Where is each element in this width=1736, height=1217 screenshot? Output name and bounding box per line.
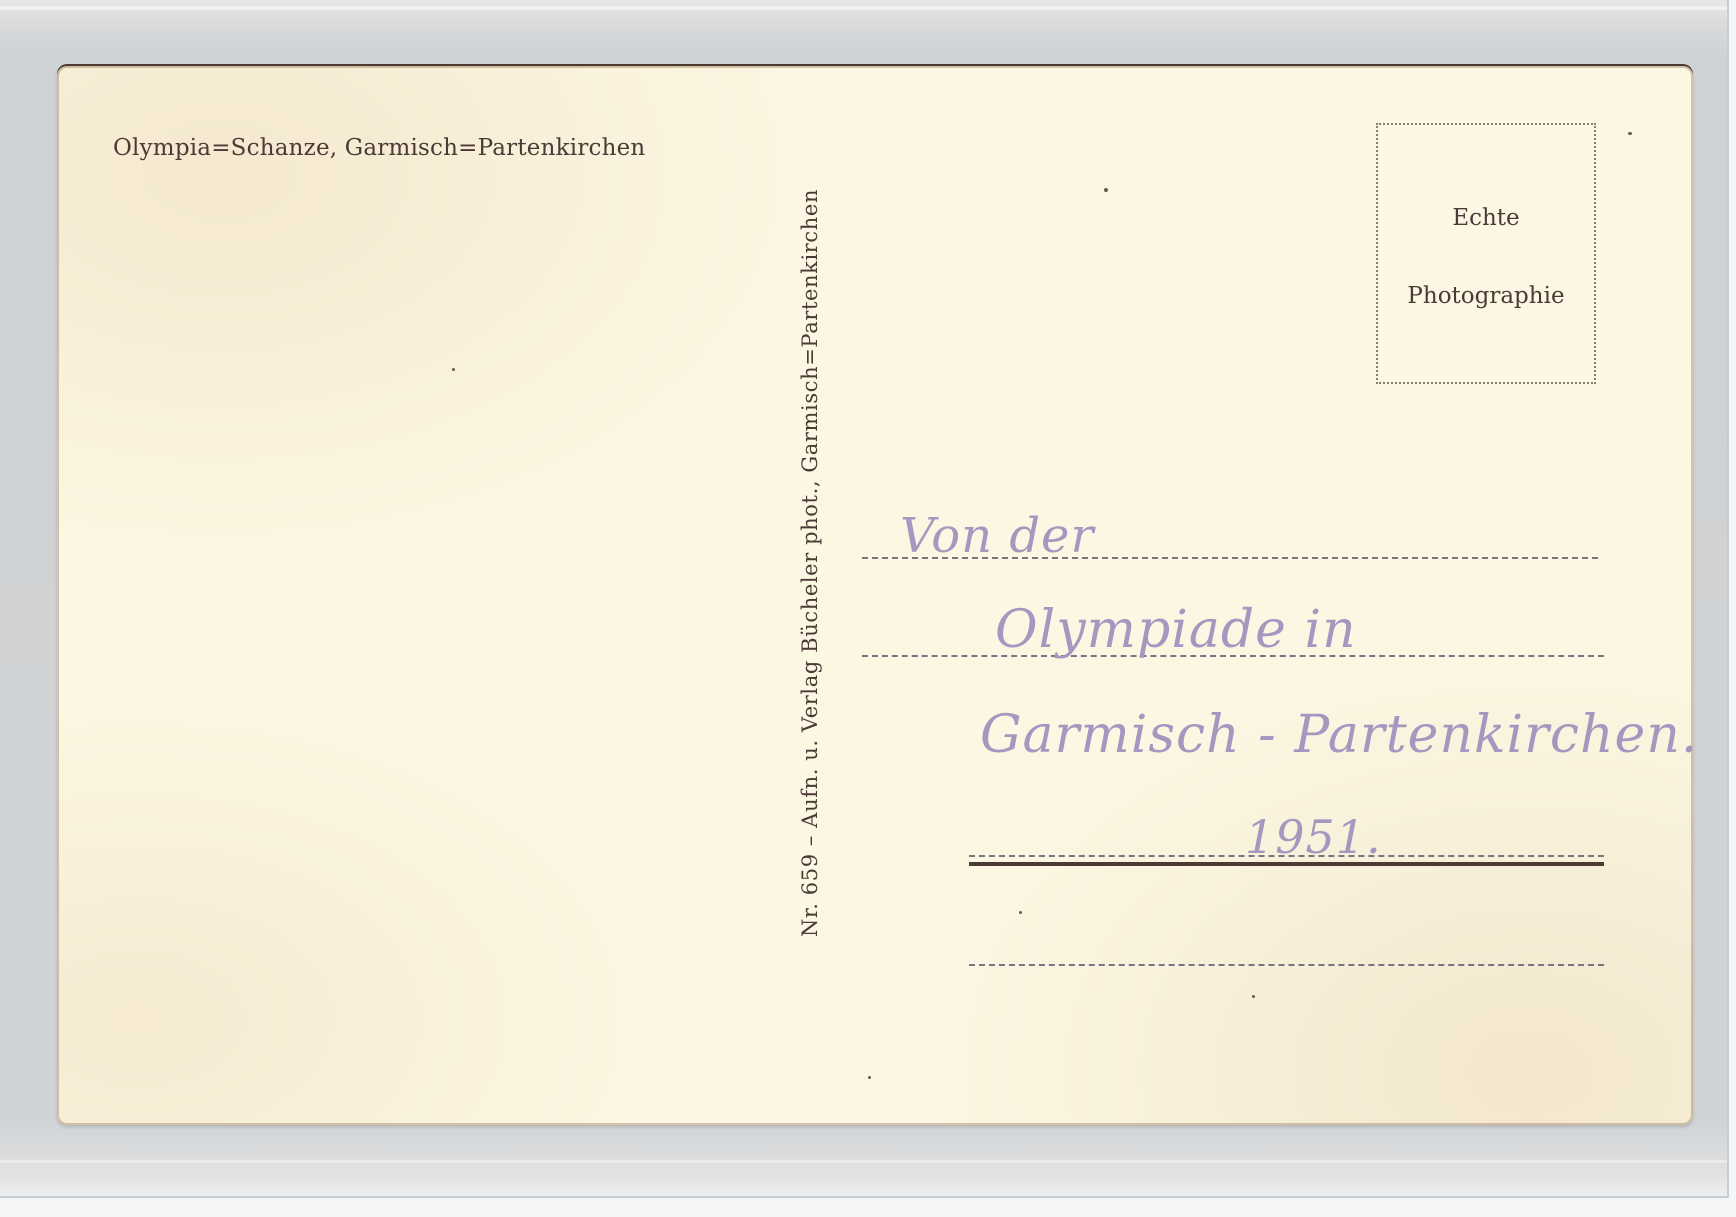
stamp-box-label-photographie: Photographie	[1378, 283, 1594, 309]
handwritten-line-3: Garmisch - Partenkirchen.	[980, 705, 1698, 765]
stamp-box-label-echte: Echte	[1378, 205, 1594, 231]
address-line-4	[969, 964, 1604, 966]
handwritten-line-1: Von der	[900, 508, 1094, 564]
handwritten-line-2: Olympiade in	[995, 600, 1357, 660]
paper-speck	[1104, 188, 1108, 192]
handwritten-line-4: 1951.	[1245, 810, 1382, 864]
postcard-caption: Olympia=Schanze, Garmisch=Partenkirchen	[113, 135, 645, 161]
paper-speck	[1019, 911, 1022, 914]
publisher-imprint: Nr. 659 – Aufn. u. Verlag Bücheler phot.…	[798, 189, 822, 937]
paper-speck	[452, 368, 455, 371]
sleeve-top-edge	[0, 6, 1727, 10]
sleeve-bottom-edge	[0, 1160, 1727, 1163]
paper-speck	[868, 1076, 871, 1079]
paper-speck	[1628, 132, 1632, 135]
stamp-box: Echte Photographie	[1376, 123, 1596, 384]
paper-speck	[1252, 995, 1255, 998]
